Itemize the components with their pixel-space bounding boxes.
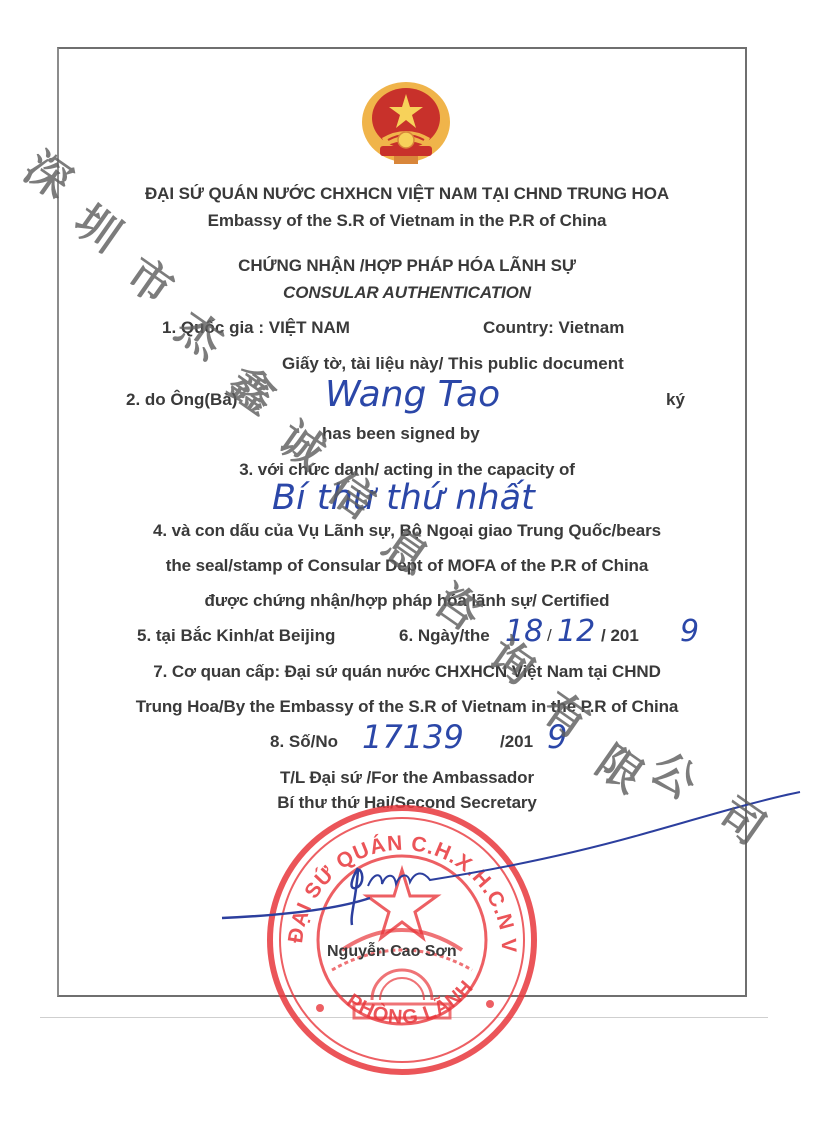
official-name: Nguyễn Cao Sơn (327, 943, 457, 961)
